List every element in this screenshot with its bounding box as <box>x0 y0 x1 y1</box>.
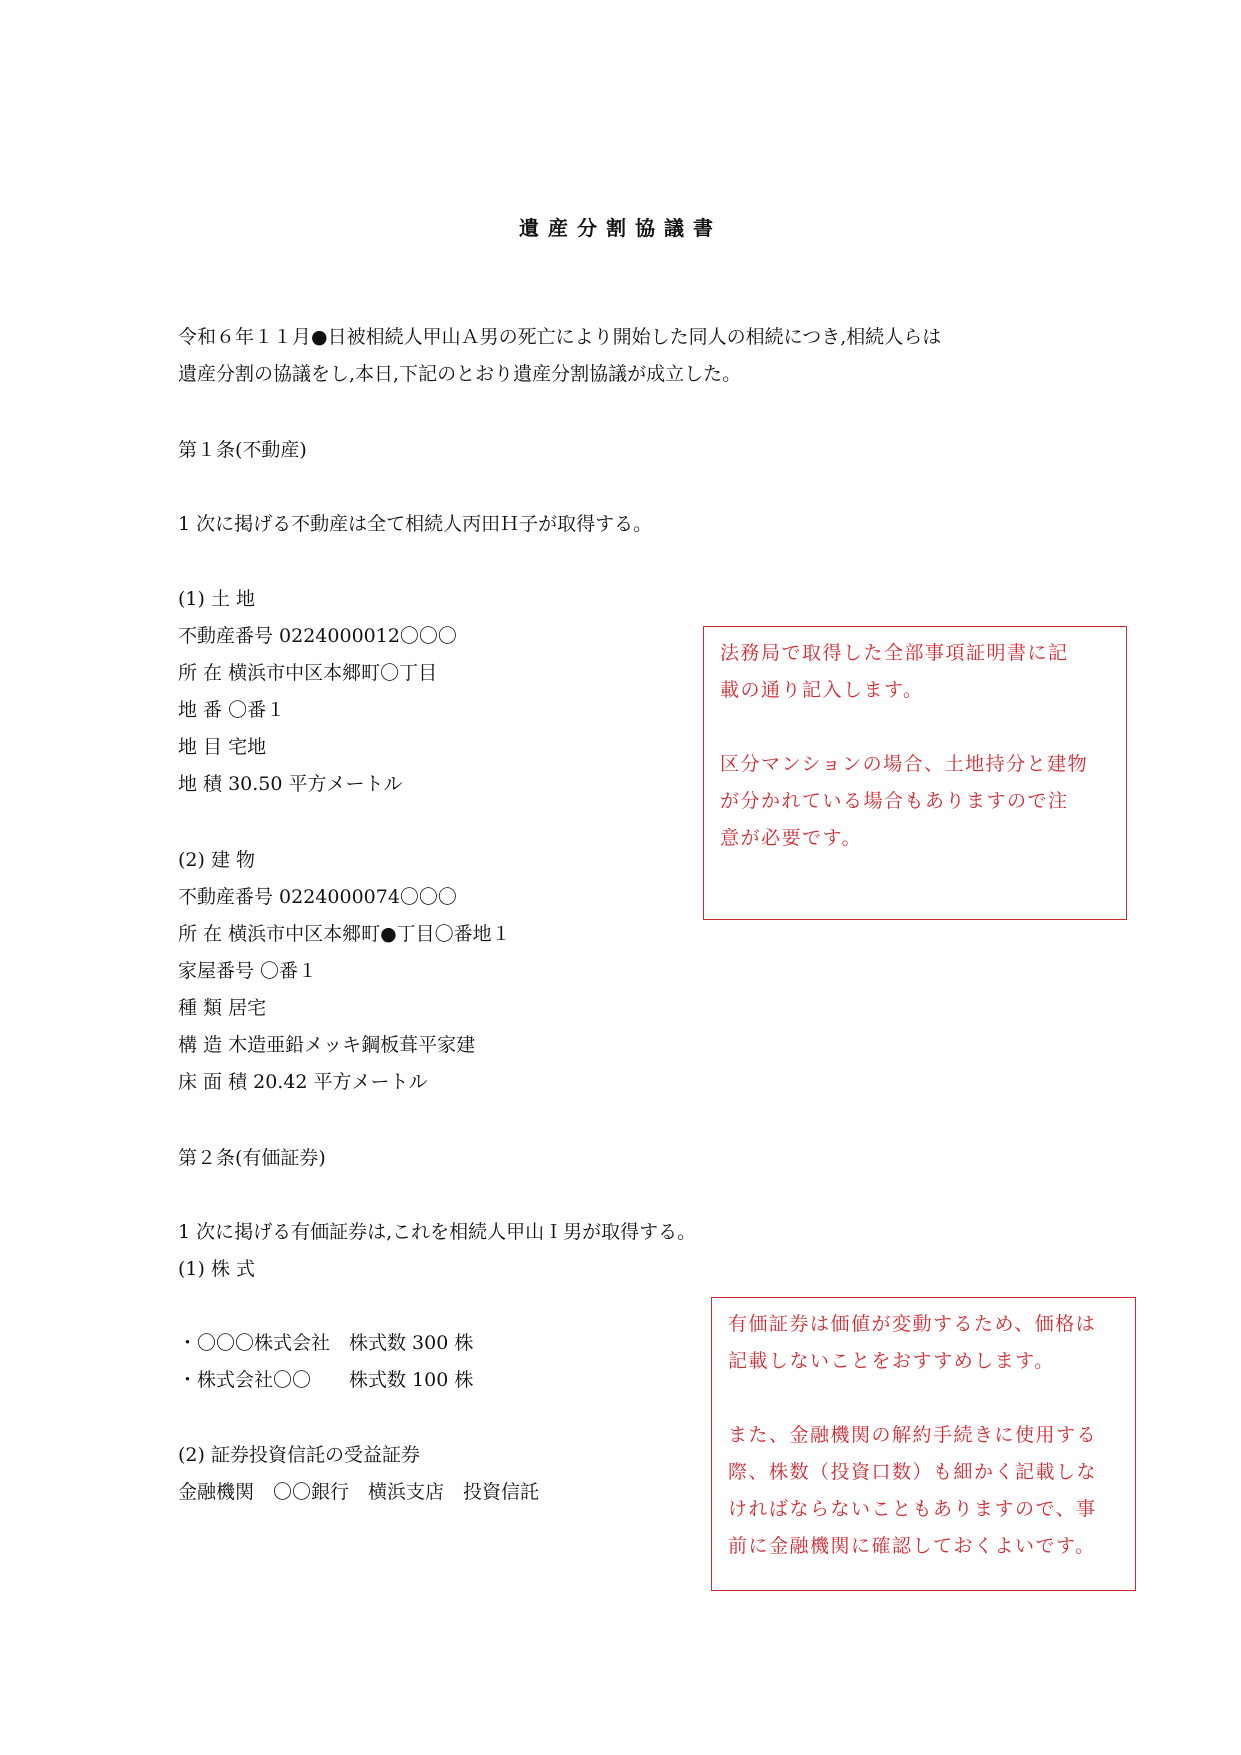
building-row: 家屋番号 〇番１ <box>178 959 317 983</box>
note-securities: 有価証券は価値が変動するため、価格は 記載しないことをおすすめします。 また、金… <box>711 1297 1136 1591</box>
land-row: 地 積 30.50 平方メートル <box>178 772 403 796</box>
article1-clause: 1 次に掲げる不動産は全て相続人丙田Ｈ子が取得する。 <box>178 512 652 536</box>
note-text: 意が必要です。 <box>720 820 1112 857</box>
building-heading: (2) 建 物 <box>178 848 255 872</box>
article1-heading: 第１条(不動産) <box>178 438 307 462</box>
land-heading: (1) 土 地 <box>178 587 255 611</box>
building-row: 種 類 居宅 <box>178 996 266 1020</box>
building-row: 床 面 積 20.42 平方メートル <box>178 1070 428 1094</box>
note-text: 記載しないことをおすすめします。 <box>728 1343 1121 1380</box>
note-text: が分かれている場合もありますので注 <box>720 783 1112 820</box>
article2-heading: 第２条(有価証券) <box>178 1146 326 1170</box>
intro-line-1: 令和６年１１月●日被相続人甲山Ａ男の死亡により開始した同人の相続につき,相続人ら… <box>178 325 941 349</box>
note-text: 区分マンションの場合、土地持分と建物 <box>720 746 1112 783</box>
trust-row: 金融機関 〇〇銀行 横浜支店 投資信託 <box>178 1480 539 1504</box>
note-text: 載の通り記入します。 <box>720 672 1112 709</box>
land-row: 不動産番号 0224000012〇〇〇 <box>178 624 457 648</box>
note-text: 際、株数（投資口数）も細かく記載しな <box>728 1454 1121 1491</box>
land-row: 所 在 横浜市中区本郷町〇丁目 <box>178 661 437 685</box>
stock-row: ・株式会社〇〇 株式数 100 株 <box>178 1368 473 1392</box>
building-row: 所 在 横浜市中区本郷町●丁目〇番地１ <box>178 922 511 946</box>
stocks-heading: (1) 株 式 <box>178 1257 255 1281</box>
land-row: 地 目 宅地 <box>178 735 266 759</box>
land-row: 地 番 〇番１ <box>178 698 285 722</box>
article2-clause: 1 次に掲げる有価証券は,これを相続人甲山Ｉ男が取得する。 <box>178 1220 696 1244</box>
note-text: 法務局で取得した全部事項証明書に記 <box>720 635 1112 672</box>
document-title: 遺産分割協議書 <box>0 212 1241 241</box>
intro-line-2: 遺産分割の協議をし,本日,下記のとおり遺産分割協議が成立した。 <box>178 362 741 386</box>
building-row: 構 造 木造亜鉛メッキ鋼板葺平家建 <box>178 1033 475 1057</box>
stock-row: ・〇〇〇株式会社 株式数 300 株 <box>178 1331 473 1355</box>
note-text: また、金融機関の解約手続きに使用する <box>728 1417 1121 1454</box>
note-text: 前に金融機関に確認しておくよいです。 <box>728 1528 1121 1565</box>
trust-heading: (2) 証券投資信託の受益証券 <box>178 1443 420 1467</box>
note-text: ければならないこともありますので、事 <box>728 1491 1121 1528</box>
note-text: 有価証券は価値が変動するため、価格は <box>728 1306 1121 1343</box>
note-real-estate: 法務局で取得した全部事項証明書に記 載の通り記入します。 区分マンションの場合、… <box>703 626 1127 920</box>
building-row: 不動産番号 0224000074〇〇〇 <box>178 885 457 909</box>
